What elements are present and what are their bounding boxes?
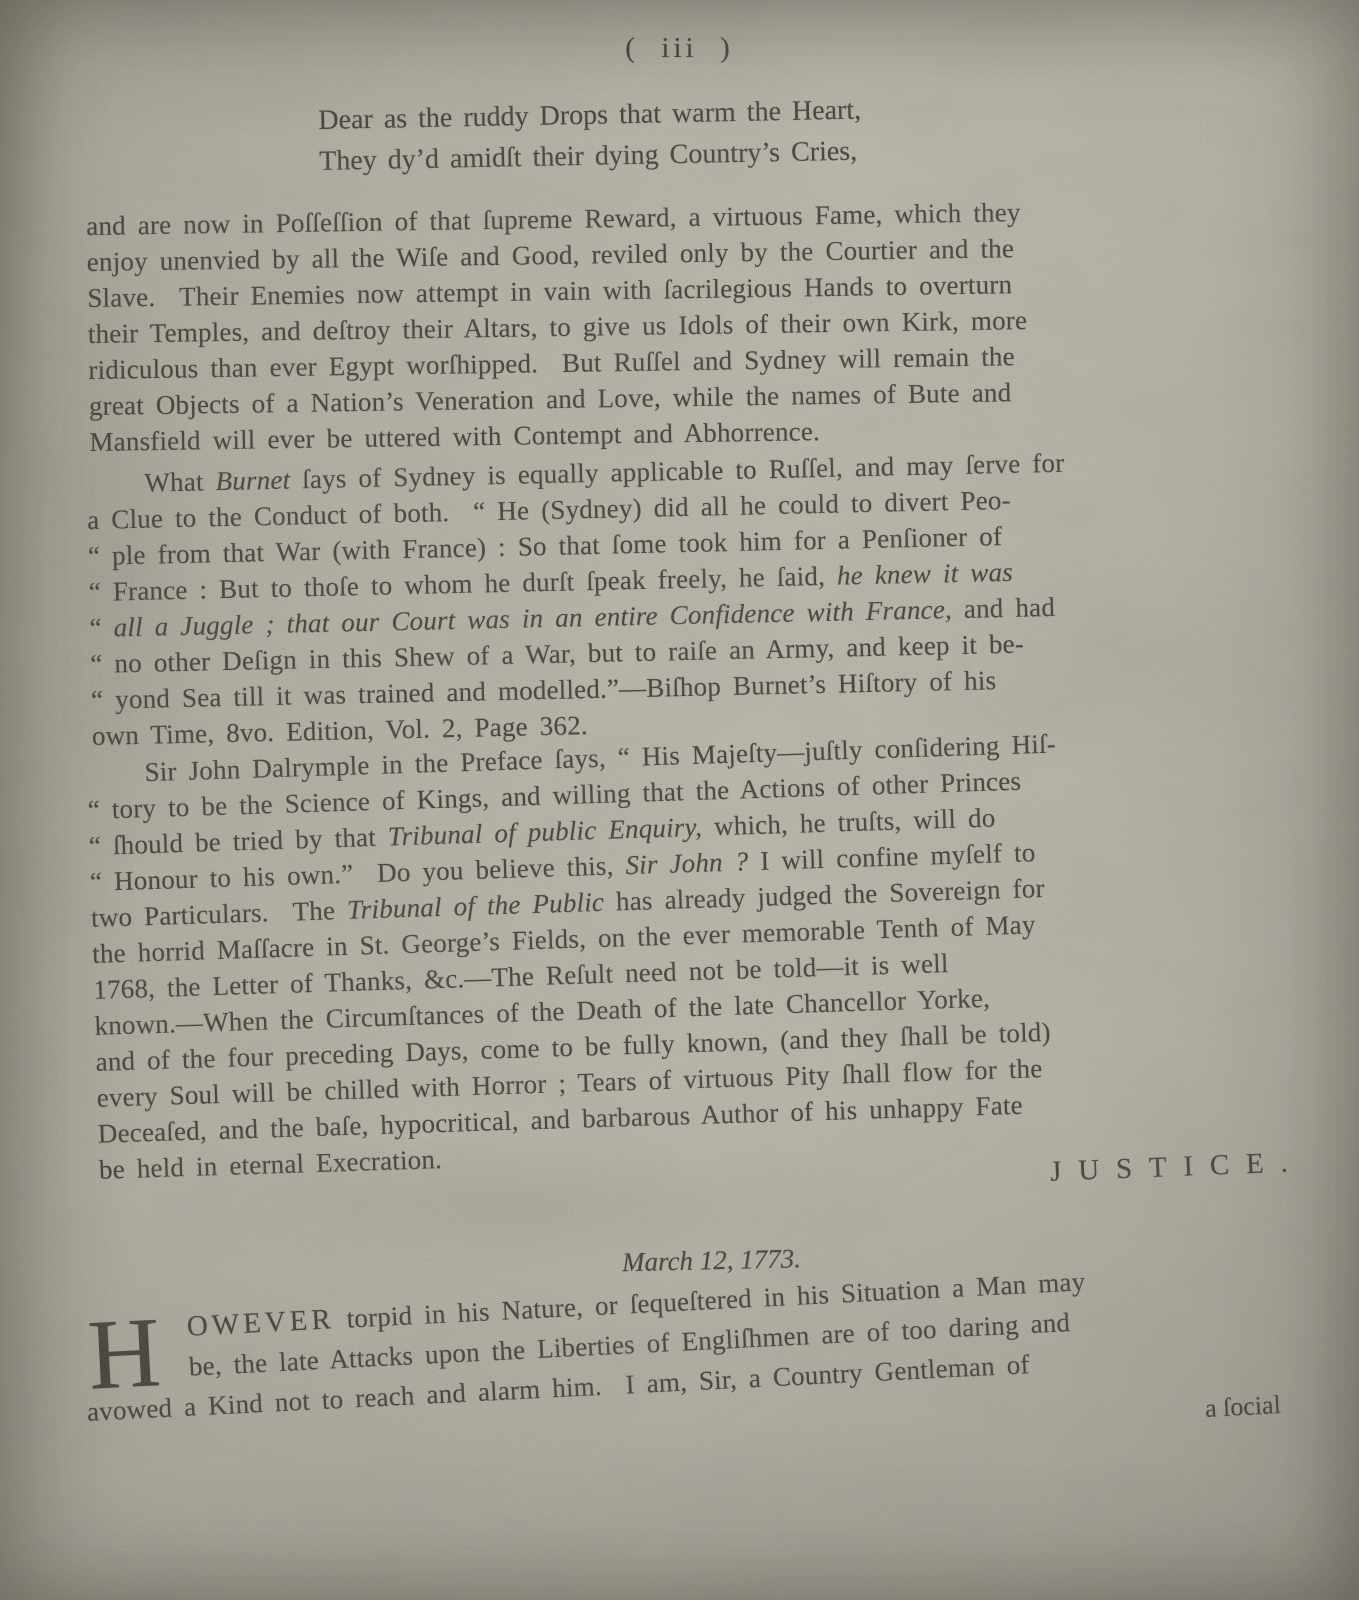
text-segment: Burnet	[215, 465, 290, 497]
text-segment: and had	[952, 592, 1056, 624]
text-segment: Mansfield will ever be uttered with Cont…	[89, 416, 820, 457]
paragraph-burnet: What Burnet ſays of Sydney is equally ap…	[86, 439, 1332, 754]
text-segment: be held in eternal Execration.	[99, 1144, 443, 1185]
text-segment: he knew it was	[837, 557, 1014, 591]
text-segment: I will confine myſelf to	[748, 837, 1036, 876]
text-segment: two Particulars. The	[91, 895, 348, 933]
text-segment: which, he truſts, will do	[702, 802, 996, 841]
page-content: ( iii ) Dear as the ruddy Drops that war…	[0, 0, 1359, 1600]
text-segment: What	[144, 466, 216, 498]
text-segment: Tribunal of the Public	[347, 887, 605, 925]
text-segment: Sir John ?	[625, 846, 749, 880]
scanned-book-page: ( iii ) Dear as the ruddy Drops that war…	[0, 0, 1359, 1600]
text-segment: OWEVER	[186, 1303, 335, 1342]
page-number: ( iii )	[0, 32, 1359, 65]
epigraph-verse: Dear as the ruddy Drops that warm the He…	[318, 90, 862, 182]
paragraph-dalrymple: Sir John Dalrymple in the Preface ſays, …	[86, 717, 1339, 1188]
paragraph-possession: and are now in Poſſeſſion of that ſuprem…	[86, 190, 1330, 460]
text-segment: “	[89, 612, 114, 643]
drop-cap-H: H	[86, 1309, 176, 1391]
catchword: a ſocial	[1204, 1390, 1281, 1424]
